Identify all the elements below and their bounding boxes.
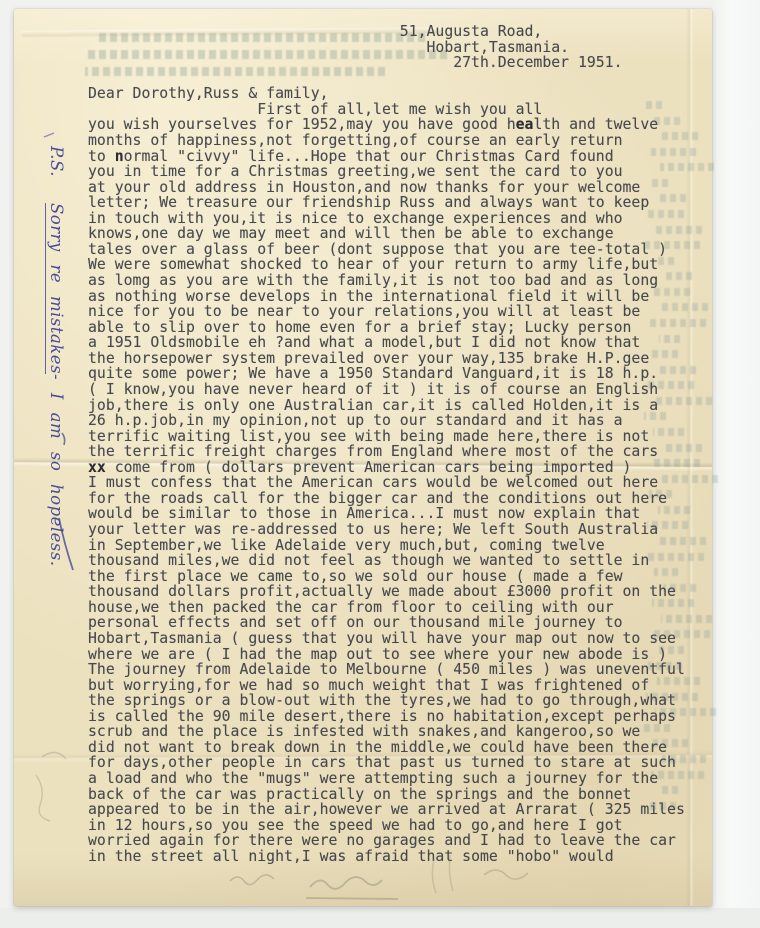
letter-line: scrub and the place is infested with sna… — [88, 724, 698, 740]
letter-text-segment: 27th.December 1951. — [453, 54, 622, 71]
letter-text-segment: personal effects and set off on our thou… — [88, 614, 623, 631]
scanner-edge-strip — [712, 0, 760, 928]
letter-text-segment: where we are ( I had the map out to see … — [88, 646, 667, 663]
letter-line: able to slip over to home even for a bri… — [88, 320, 698, 336]
letter-text-segment: you in time for a Christmas greeting,we … — [88, 163, 623, 180]
letter-text-segment: at your old address in Houston,and now t… — [88, 179, 640, 196]
letter-line: the terrific freight charges from Englan… — [88, 444, 698, 460]
letter-line: Hobart,Tasmania. — [88, 40, 698, 56]
letter-line: The journey from Adelaide to Melbourne (… — [88, 662, 698, 678]
letter-line: in September,we like Adelaide very much,… — [88, 538, 698, 554]
letter-line: as lomg as you are with the family,it is… — [88, 273, 698, 289]
letter-line: back of the car was practically on the s… — [88, 787, 698, 803]
letter-text-segment: scrub and the place is infested with sna… — [88, 723, 640, 740]
letter-line: thousand miles,we did not feel as though… — [88, 553, 698, 569]
letter-text-segment: in September,we like Adelaide very much,… — [88, 537, 605, 554]
letter-text-segment: nice for you to be near to your relation… — [88, 303, 640, 320]
letter-line: at your old address in Houston,and now t… — [88, 180, 698, 196]
letter-text-segment: a 1951 Oldsmobile eh ?and what a model,b… — [88, 334, 640, 351]
letter-line: as nothing worse develops in the interna… — [88, 289, 698, 305]
letter-line: is called the 90 mile desert,there is no… — [88, 709, 698, 725]
letter-text-segment: lth and twelve — [533, 116, 658, 133]
letter-line: house,we then packed the car from floor … — [88, 600, 698, 616]
letter-line: job,there is only one Australian car,it … — [88, 398, 698, 414]
handwritten-margin-note: P.S.Sorry re mistakes- I am so hopeless. — [47, 146, 66, 616]
letter-line: First of all,let me wish you all — [88, 102, 698, 118]
letter-line: the springs or a blow-out with the tyres… — [88, 693, 698, 709]
letter-text-segment: in 12 hours,so you see the speed we had … — [88, 817, 623, 834]
letter-line: letter; We treasure our friendship Russ … — [88, 195, 698, 211]
letter-text-segment: house,we then packed the car from floor … — [88, 599, 614, 616]
letter-text-segment: First of all,let me wish you all — [257, 101, 542, 118]
letter-text-segment: n — [115, 148, 124, 165]
letter-text-segment: tales over a glass of beer (dont suppose… — [88, 241, 667, 258]
letter-line: months of happiness,not forgetting,of co… — [88, 133, 698, 149]
letter-line: the horsepower system prevailed over you… — [88, 351, 698, 367]
letter-text-segment: thousand dollars profit,actually we made… — [88, 583, 676, 600]
letter-line: to normal "civvy" life...Hope that our C… — [88, 149, 698, 165]
letter-text-segment: for the roads call for the bigger car an… — [88, 490, 667, 507]
letter-text-segment: the terrific freight charges from Englan… — [88, 443, 658, 460]
letter-line: Dear Dorothy,Russ & family, — [88, 86, 698, 102]
letter-text-segment: come from ( dollars prevent American car… — [106, 459, 632, 476]
margin-note-suffix: - I am so hopeless. — [47, 374, 66, 567]
letter-text-segment: I must confess that the American cars wo… — [88, 474, 658, 491]
letter-text-segment: to — [88, 148, 115, 165]
letter-line: where we are ( I had the map out to see … — [88, 647, 698, 663]
letter-text-segment: Hobart,Tasmania. — [427, 39, 570, 56]
letter-line — [88, 71, 698, 87]
letter-text-segment: did not want to break down in the middle… — [88, 739, 667, 756]
letter-body: 51,Augusta Road,Hobart,Tasmania.27th.Dec… — [88, 24, 698, 864]
letter-text-segment: ormal "civvy" life...Hope that our Chris… — [124, 148, 614, 165]
letter-line: 51,Augusta Road, — [88, 24, 698, 40]
letter-text-segment: as lomg as you are with the family,it is… — [88, 272, 658, 289]
letter-line: a 1951 Oldsmobile eh ?and what a model,b… — [88, 335, 698, 351]
letter-text-segment: The journey from Adelaide to Melbourne (… — [88, 661, 685, 678]
letter-line: appeared to be in the air,however we arr… — [88, 802, 698, 818]
letter-line: but worrying,for we had so much weight t… — [88, 678, 698, 694]
letter-text-segment: for days,other people in cars that past … — [88, 754, 676, 771]
letter-text-segment: a load and who the "mugs" were attemptin… — [88, 770, 658, 787]
scanned-letter-page: { "page": { "background_color": "#f1f2ef… — [0, 0, 760, 928]
letter-line: knows,one day we may meet and will then … — [88, 226, 698, 242]
letter-line: for the roads call for the bigger car an… — [88, 491, 698, 507]
letter-line: terrific waiting list,you see with being… — [88, 429, 698, 445]
letter-text-segment: is called the 90 mile desert,there is no… — [88, 708, 676, 725]
letter-line: tales over a glass of beer (dont suppose… — [88, 242, 698, 258]
letter-text-segment: We were somewhat shocked to hear of your… — [88, 256, 658, 273]
letter-text-segment: the horsepower system prevailed over you… — [88, 350, 649, 367]
letter-line: nice for you to be near to your relation… — [88, 304, 698, 320]
letter-line: you wish yourselves for 1952,may you hav… — [88, 117, 698, 133]
letter-line: ( I know,you have never heard of it ) it… — [88, 382, 698, 398]
letter-text-segment: terrific waiting list,you see with being… — [88, 428, 649, 445]
letter-text-segment: would be similar to those in America...I… — [88, 505, 640, 522]
letter-line: for days,other people in cars that past … — [88, 755, 698, 771]
letter-line: personal effects and set off on our thou… — [88, 615, 698, 631]
letter-line: quite some power; We have a 1950 Standar… — [88, 366, 698, 382]
margin-note-ps: P.S. — [47, 146, 66, 177]
letter-text-segment: the springs or a blow-out with the tyres… — [88, 692, 676, 709]
letter-text-segment: letter; We treasure our friendship Russ … — [88, 194, 649, 211]
letter-text-segment: thousand miles,we did not feel as though… — [88, 552, 649, 569]
letter-text-segment: you wish yourselves for 1952,may you hav… — [88, 116, 516, 133]
letter-line: worried again for there were no garages … — [88, 833, 698, 849]
letter-text-segment: as nothing worse develops in the interna… — [88, 288, 649, 305]
letter-text-segment: quite some power; We have a 1950 Standar… — [88, 365, 658, 382]
letter-text-segment: appeared to be in the air,however we arr… — [88, 801, 685, 818]
letter-line: I must confess that the American cars wo… — [88, 475, 698, 491]
letter-text-segment: in the street all night,I was afraid tha… — [88, 848, 614, 865]
letter-line: 27th.December 1951. — [88, 55, 698, 71]
letter-text-segment: able to slip over to home even for a bri… — [88, 319, 631, 336]
letter-text-segment: job,there is only one Australian car,it … — [88, 397, 658, 414]
letter-text-segment: Hobart,Tasmania ( guess that you will ha… — [88, 630, 676, 647]
letter-text-segment: ea — [516, 116, 534, 133]
letter-line: would be similar to those in America...I… — [88, 506, 698, 522]
letter-line: did not want to break down in the middle… — [88, 740, 698, 756]
letter-line: your letter was re-addressed to us here;… — [88, 522, 698, 538]
margin-note-underlined: Sorry re mistakes — [45, 203, 66, 374]
letter-text-segment: 26 h.p.job,in my opinion,not up to our s… — [88, 412, 623, 429]
letter-line: in the street all night,I was afraid tha… — [88, 849, 698, 865]
letter-text-segment: in touch with you,it is nice to exchange… — [88, 210, 623, 227]
letter-text-segment: the first place we came to,so we sold ou… — [88, 568, 623, 585]
letter-line: the first place we came to,so we sold ou… — [88, 569, 698, 585]
letter-text-segment: months of happiness,not forgetting,of co… — [88, 132, 623, 149]
letter-line: 26 h.p.job,in my opinion,not up to our s… — [88, 413, 698, 429]
letter-line: We were somewhat shocked to hear of your… — [88, 257, 698, 273]
letter-line: thousand dollars profit,actually we made… — [88, 584, 698, 600]
letter-text-segment: but worrying,for we had so much weight t… — [88, 677, 649, 694]
letter-paper: 51,Augusta Road,Hobart,Tasmania.27th.Dec… — [14, 9, 712, 906]
scanner-bed-background — [0, 908, 760, 928]
letter-line: you in time for a Christmas greeting,we … — [88, 164, 698, 180]
letter-text-segment: ( I know,you have never heard of it ) it… — [88, 381, 658, 398]
letter-line: in 12 hours,so you see the speed we had … — [88, 818, 698, 834]
letter-line: Hobart,Tasmania ( guess that you will ha… — [88, 631, 698, 647]
letter-text-segment: knows,one day we may meet and will then … — [88, 225, 614, 242]
letter-line: xx come from ( dollars prevent American … — [88, 460, 698, 476]
letter-text-segment: 51,Augusta Road, — [400, 23, 543, 40]
letter-text-segment: back of the car was practically on the s… — [88, 786, 631, 803]
letter-text-segment: Dear Dorothy,Russ & family, — [88, 85, 329, 102]
letter-text-segment: worried again for there were no garages … — [88, 832, 676, 849]
letter-line: in touch with you,it is nice to exchange… — [88, 211, 698, 227]
letter-text-segment: your letter was re-addressed to us here;… — [88, 521, 658, 538]
letter-text-segment: xx — [88, 459, 106, 476]
letter-line: a load and who the "mugs" were attemptin… — [88, 771, 698, 787]
